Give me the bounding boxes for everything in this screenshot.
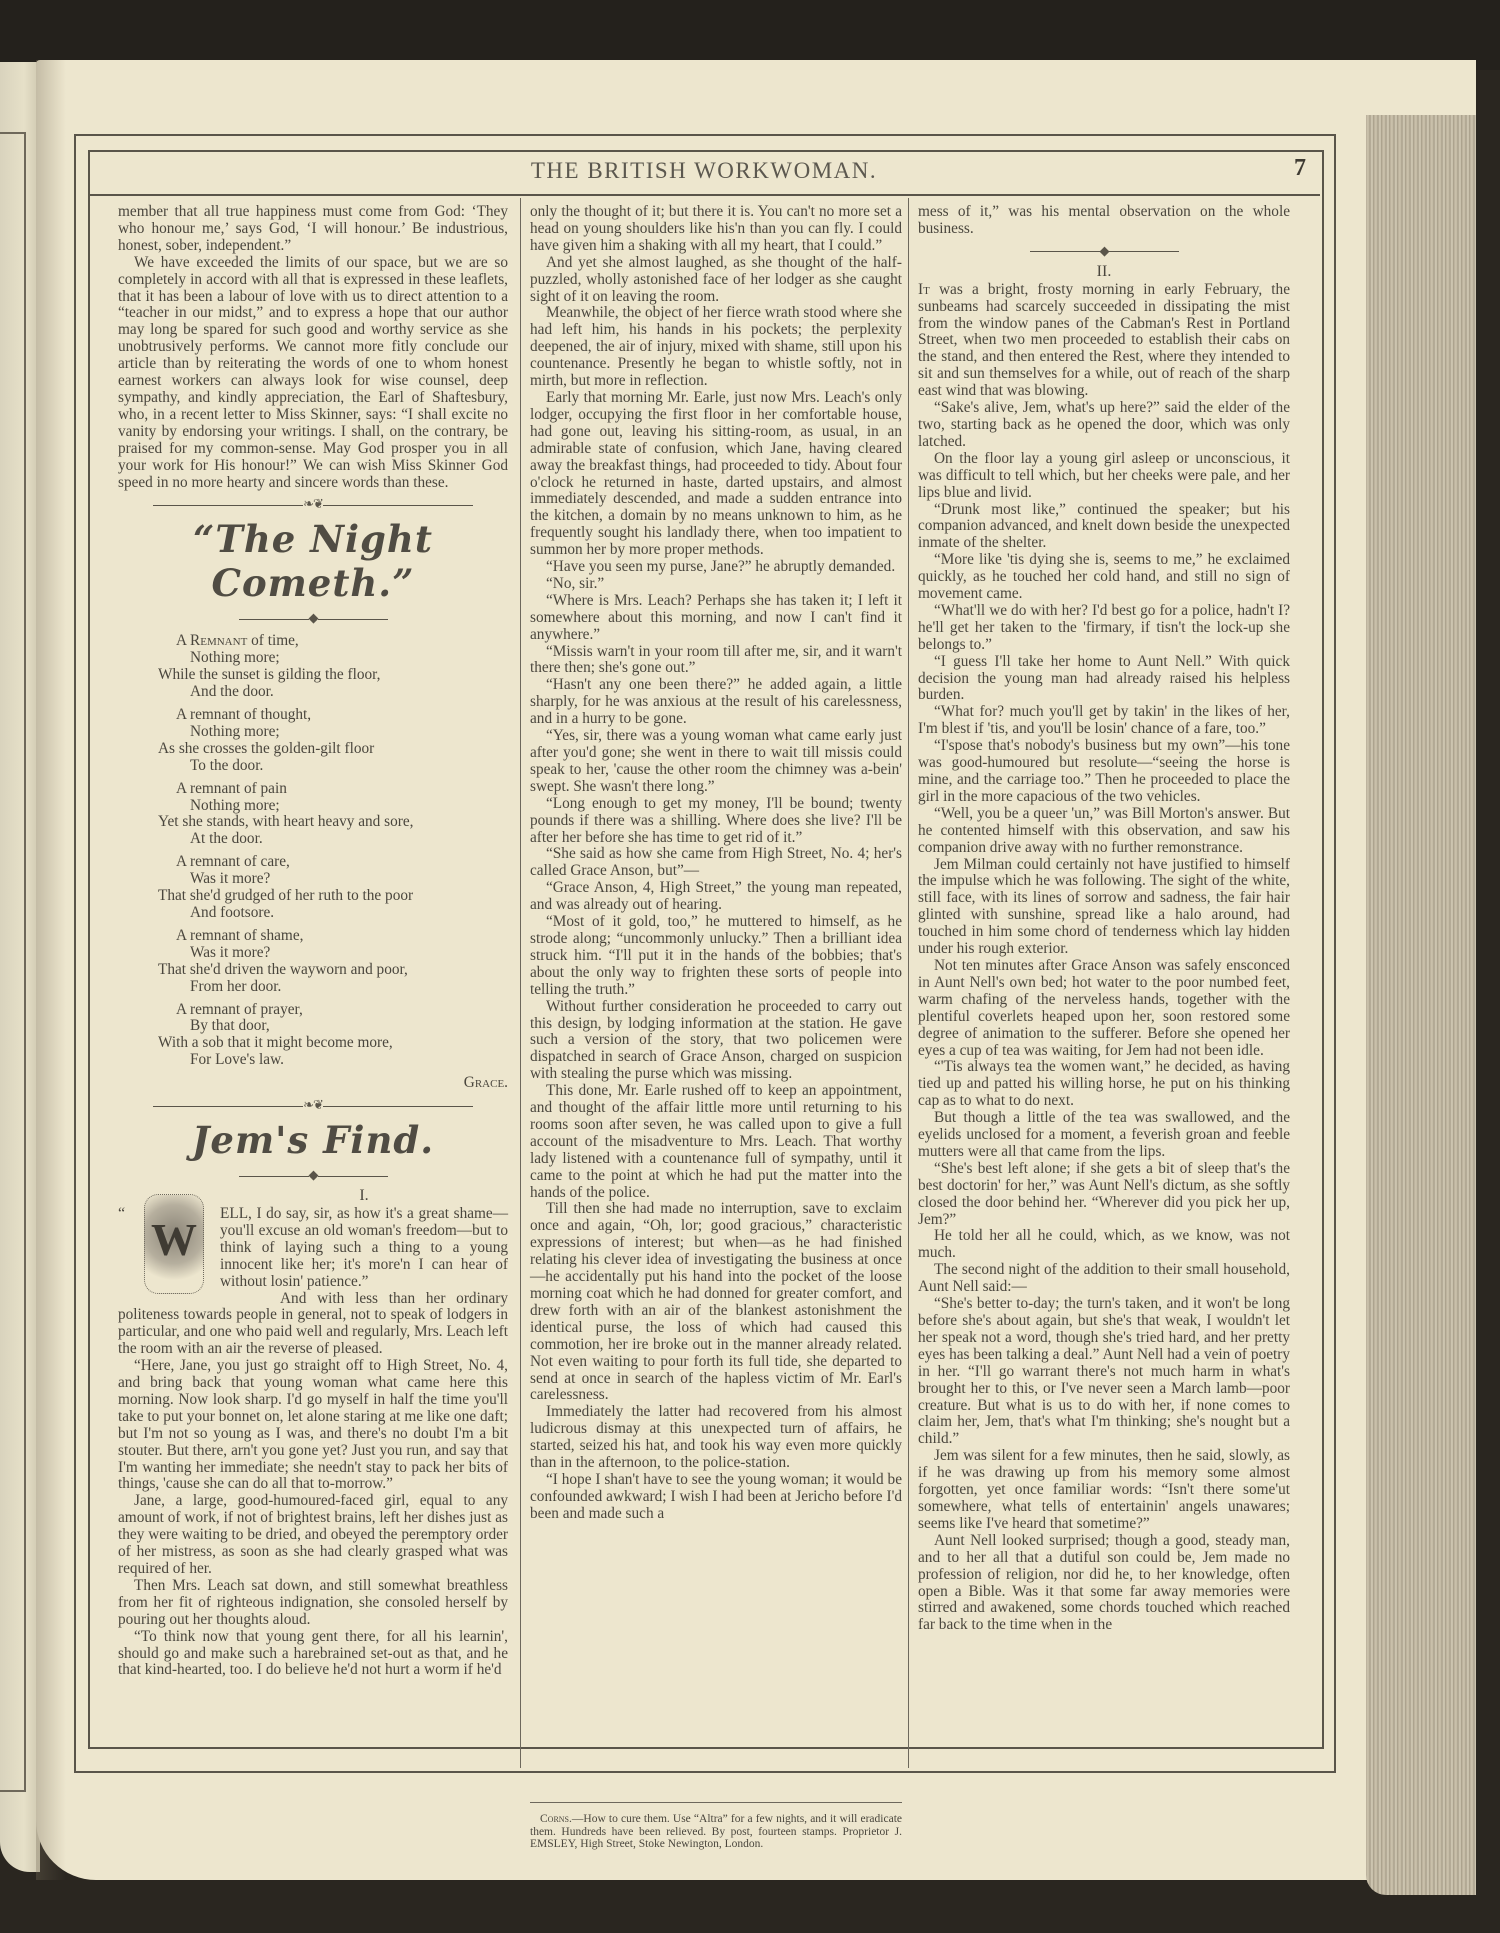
story-paragraph: Till then she had made no interruption, … (530, 1201, 902, 1404)
poem-line: That she'd grudged of her ruth to the po… (158, 888, 508, 905)
story-paragraph: “Have you seen my purse, Jane?” he abrup… (530, 559, 902, 576)
page-number: 7 (1294, 155, 1306, 182)
story-paragraph: “I'spose that's nobody's business but my… (918, 738, 1290, 806)
story-paragraph: “Drunk most like,” continued the speaker… (918, 502, 1290, 553)
poem-line: By that door, (158, 1018, 508, 1035)
story-paragraph: “Grace Anson, 4, High Street,” the young… (530, 880, 902, 914)
poem-line: From her door. (158, 979, 508, 996)
poem-line: For Love's law. (158, 1052, 508, 1069)
poem-line: While the sunset is gilding the floor, (158, 667, 508, 684)
poem-stanza: A remnant of prayer, By that door, With … (158, 1002, 508, 1070)
poem-line: And the door. (158, 684, 508, 701)
poem-line: As she crosses the golden-gilt floor (158, 741, 508, 758)
poem-stanza: A remnant of care, Was it more? That she… (158, 854, 508, 922)
poem-line: A Remnant of time, (158, 633, 508, 650)
story-paragraph: Without further consideration he proceed… (530, 999, 902, 1084)
previous-page-edge (0, 62, 40, 1872)
small-divider: ◆ (118, 1166, 508, 1184)
story-paragraph: “She's better to-day; the turn's taken, … (918, 1296, 1290, 1448)
story-paragraph: “To think now that young gent there, for… (118, 1629, 508, 1680)
poem-stanza: A Remnant of time, Nothing more; While t… (158, 633, 508, 701)
column-2: only the thought of it; but there it is.… (530, 204, 902, 1523)
story-paragraph: “No, sir.” (530, 576, 902, 593)
story-paragraph: Aunt Nell looked surprised; though a goo… (918, 1533, 1290, 1634)
poem-line: A remnant of care, (158, 854, 508, 871)
story-paragraph: Jane, a large, good-humoured-faced girl,… (118, 1493, 508, 1578)
poem-line: A remnant of pain (158, 781, 508, 798)
story-paragraph: Jem was silent for a few minutes, then h… (918, 1448, 1290, 1533)
story-paragraph: Jem Milman could certainly not have just… (918, 857, 1290, 958)
poem-line: Yet she stands, with heart heavy and sor… (158, 814, 508, 831)
story-paragraph: “Yes, sir, there was a young woman what … (530, 728, 902, 796)
column-rule (908, 198, 909, 1768)
story-paragraph: Then Mrs. Leach sat down, and still some… (118, 1578, 508, 1629)
running-header: THE BRITISH WORKWOMAN. 7 (88, 152, 1320, 196)
section-opening-paragraph: It was a bright, frosty morning in early… (918, 282, 1290, 400)
story-paragraph: On the floor lay a young girl asleep or … (918, 451, 1290, 502)
masthead-title: THE BRITISH WORKWOMAN. (88, 158, 1320, 184)
story-title: Jem's Find. (118, 1118, 508, 1162)
poem-line: Nothing more; (158, 798, 508, 815)
story-paragraph: “Well, you be a queer 'un,” was Bill Mor… (918, 806, 1290, 857)
poem-title: “The Night Cometh.” (118, 517, 508, 605)
story-paragraph: “Long enough to get my money, I'll be bo… (530, 796, 902, 847)
story-paragraph: The second night of the addition to thei… (918, 1262, 1290, 1296)
previous-page-frame (0, 132, 26, 1792)
ornamental-drop-cap: “ W (132, 1184, 210, 1302)
story-paragraph: “I guess I'll take her home to Aunt Nell… (918, 654, 1290, 705)
story-paragraph: “'Tis always tea the women want,” he dec… (918, 1059, 1290, 1110)
poem-line: A remnant of shame, (158, 928, 508, 945)
poem-line: Nothing more; (158, 724, 508, 741)
open-quote-mark: “ (118, 1206, 125, 1223)
small-divider: ◆ (918, 242, 1290, 260)
poem-line: With a sob that it might become more, (158, 1035, 508, 1052)
story-paragraph: “She said as how she came from High Stre… (530, 846, 902, 880)
ornamental-divider: ❧❦ (118, 1096, 508, 1114)
story-paragraph: “What for? much you'll get by takin' in … (918, 704, 1290, 738)
story-paragraph: “What'll we do with her? I'd best go for… (918, 603, 1290, 654)
poem-stanza: A remnant of thought, Nothing more; As s… (158, 707, 508, 775)
story-paragraph: “Missis warn't in your room till after m… (530, 644, 902, 678)
advertisement-lead: Corns. (540, 1813, 572, 1825)
poem-line: To the door. (158, 758, 508, 775)
small-divider: ◆ (118, 609, 508, 627)
column-1: member that all true happiness must come… (118, 204, 508, 1679)
advertisement-text: Corns.—How to cure them. Use “Altra” for… (530, 1813, 902, 1851)
story-paragraph: “Sake's alive, Jem, what's up here?” sai… (918, 400, 1290, 451)
poem-line: And footsore. (158, 905, 508, 922)
story-paragraph: “She's best left alone; if she gets a bi… (918, 1161, 1290, 1229)
column-rule (520, 198, 521, 1768)
story-paragraph: This done, Mr. Earle rushed off to keep … (530, 1083, 902, 1201)
story-paragraph: only the thought of it; but there it is.… (530, 204, 902, 255)
story-paragraph: “More like 'tis dying she is, seems to m… (918, 552, 1290, 603)
story-paragraph: Early that morning Mr. Earle, just now M… (530, 390, 902, 559)
poem-line: That she'd driven the wayworn and poor, (158, 962, 508, 979)
story-paragraph: mess of it,” was his mental observation … (918, 204, 1290, 238)
article-paragraph: member that all true happiness must come… (118, 204, 508, 255)
story-paragraph: He told her all he could, which, as we k… (918, 1228, 1290, 1262)
story-paragraph: Immediately the latter had recovered fro… (530, 1404, 902, 1472)
story-paragraph: Not ten minutes after Grace Anson was sa… (918, 958, 1290, 1059)
page-stack-edges (1366, 115, 1476, 1895)
story-paragraph: Meanwhile, the object of her fierce wrat… (530, 305, 902, 390)
story-paragraph: “Where is Mrs. Leach? Perhaps she has ta… (530, 593, 902, 644)
story-paragraph: But though a little of the tea was swall… (918, 1110, 1290, 1161)
column-3: mess of it,” was his mental observation … (918, 204, 1290, 1634)
poem-line: At the door. (158, 831, 508, 848)
poem-line: A remnant of thought, (158, 707, 508, 724)
story-paragraph: “Hasn't any one been there?” he added ag… (530, 677, 902, 728)
book-page: THE BRITISH WORKWOMAN. 7 member that all… (36, 60, 1476, 1880)
poem-signature: Grace. (118, 1075, 508, 1092)
story-paragraph: And yet she almost laughed, as she thoug… (530, 255, 902, 306)
poem-line: A remnant of prayer, (158, 1002, 508, 1019)
poem: A Remnant of time, Nothing more; While t… (158, 633, 508, 1069)
poem-line: Nothing more; (158, 650, 508, 667)
story-paragraph: “I hope I shan't have to see the young w… (530, 1472, 902, 1523)
gutter-shadow (36, 60, 66, 1880)
advertisement: Corns.—How to cure them. Use “Altra” for… (530, 1802, 902, 1851)
section-number: II. (918, 264, 1290, 281)
story-paragraph: “Most of it gold, too,” he muttered to h… (530, 914, 902, 999)
poem-line: Was it more? (158, 945, 508, 962)
story-paragraph: “Here, Jane, you just go straight off to… (118, 1358, 508, 1493)
drop-cap-letter: W (144, 1194, 204, 1294)
poem-stanza: A remnant of shame, Was it more? That sh… (158, 928, 508, 996)
poem-line: Was it more? (158, 871, 508, 888)
story-opening: “ W I. ELL, I do say, sir, as how it's a… (118, 1188, 508, 1358)
poem-stanza: A remnant of pain Nothing more; Yet she … (158, 781, 508, 849)
ornamental-divider: ❧❦ (118, 495, 508, 513)
article-paragraph: We have exceeded the limits of our space… (118, 255, 508, 492)
